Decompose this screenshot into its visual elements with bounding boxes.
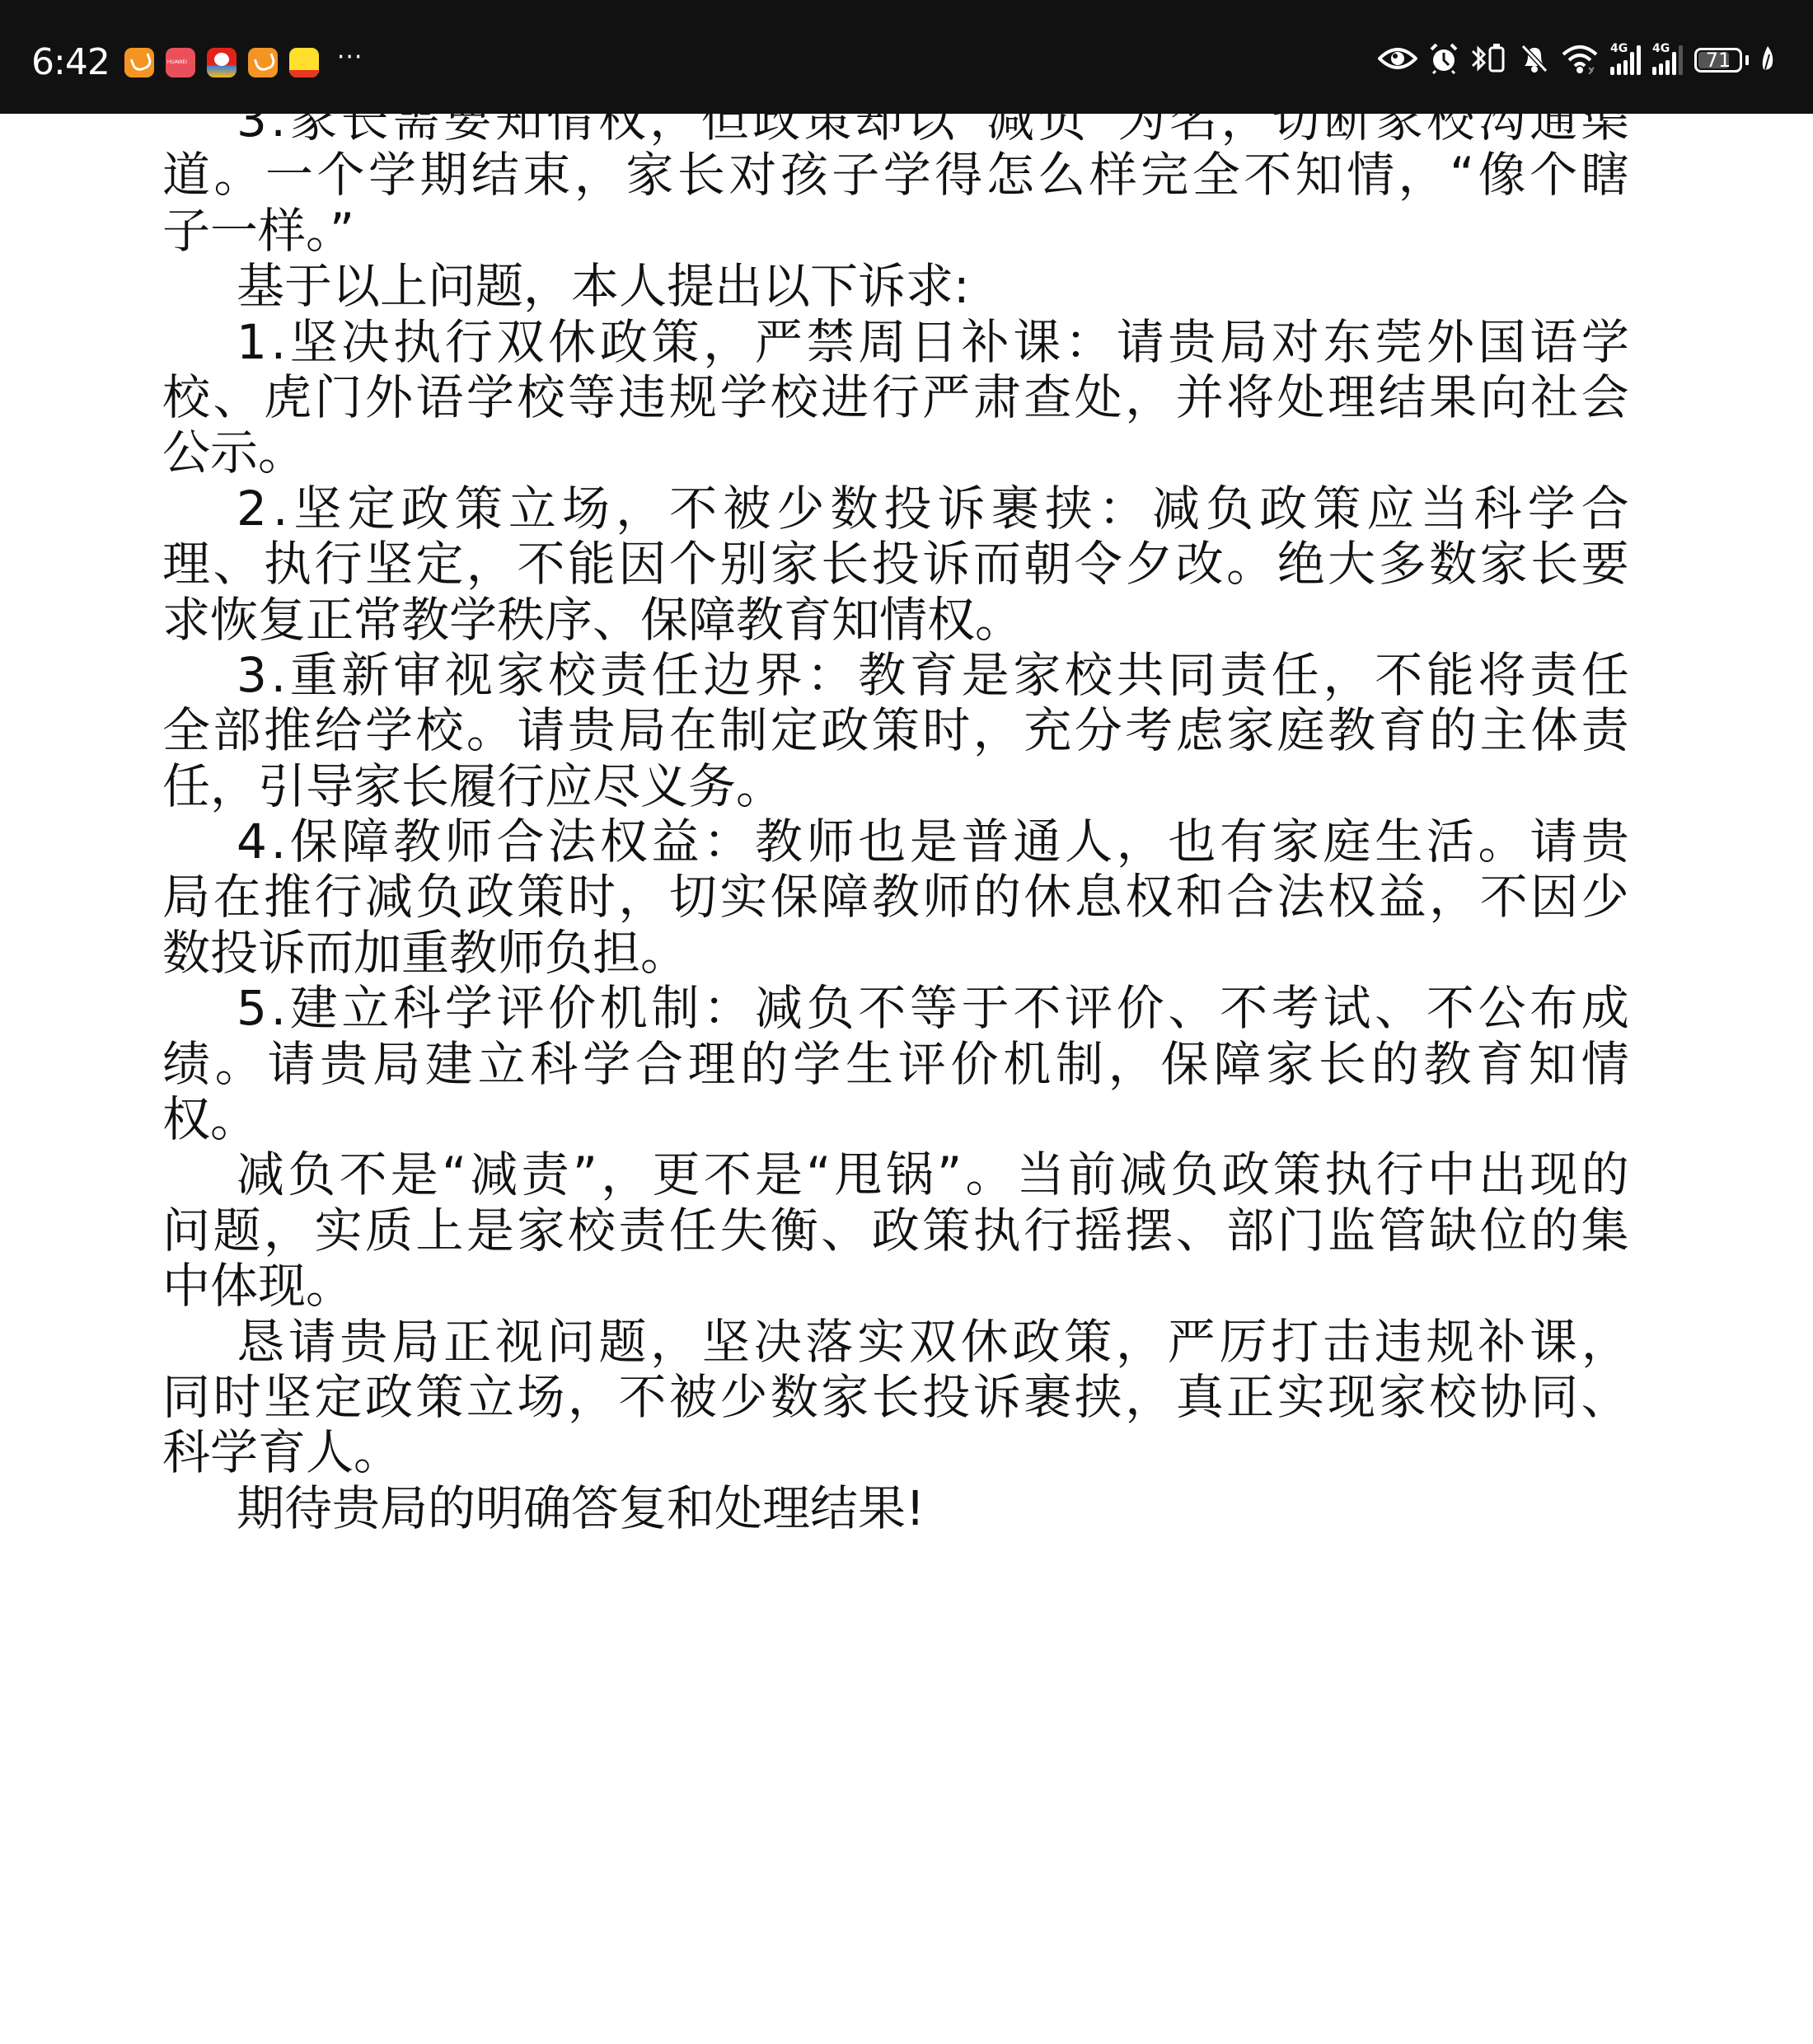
document-char: 成: [1581, 981, 1629, 1036]
document-char: 行: [1024, 1203, 1071, 1259]
document-char: 怎: [986, 148, 1034, 203]
document-char: 考: [1125, 703, 1173, 758]
document-char: 局: [162, 870, 210, 925]
document-char: 。: [215, 1037, 263, 1092]
document-char: 政: [600, 315, 648, 370]
document-char: 学: [719, 370, 767, 425]
signal-bar: [1617, 63, 1621, 75]
document-char: ，: [973, 703, 1021, 758]
document-char: 行: [314, 537, 362, 592]
document-char: 是: [962, 648, 1010, 703]
signal-4g-icon: 4G: [1652, 45, 1683, 75]
document-char: 定: [348, 481, 396, 537]
document-line: 校、虎门外语学校等违规学校进行严肃查处，并将处理结果向社会: [162, 370, 1629, 425]
document-char: 价: [548, 981, 596, 1036]
document-char: 政: [1259, 481, 1307, 537]
document-char: 视: [495, 1315, 543, 1370]
document-char: 推: [264, 703, 312, 758]
document-char: ，: [264, 1203, 312, 1259]
document-line: 数投诉而加重教师负担。: [162, 926, 1629, 981]
document-char: 价: [1117, 981, 1164, 1036]
document-char: 通: [1013, 814, 1061, 870]
document-line: 减负不是“减责”，更不是“甩锅”。当前减负政策执行中出现的: [162, 1147, 1629, 1202]
document-char: 减: [365, 870, 413, 925]
status-bar: 6:42 ··· 4G 4G: [0, 0, 1813, 114]
document-char: 补: [962, 315, 1010, 370]
signal-bar: [1637, 45, 1641, 75]
document-char: 情: [1581, 1037, 1629, 1092]
document-char: 请: [268, 1037, 316, 1092]
document-char: 3: [237, 648, 267, 703]
document-char: 政: [872, 1203, 920, 1259]
clock: 6:42: [31, 41, 110, 83]
document-line: 子一样。”: [162, 204, 1629, 259]
document-char: 理: [688, 1037, 736, 1092]
document-char: 将: [1478, 648, 1526, 703]
document-char: 前: [1068, 1147, 1116, 1202]
document-char: 对: [728, 148, 776, 203]
bell-muted-icon: [1520, 43, 1549, 77]
document-char: 制: [719, 703, 767, 758]
document-line: 任，引导家长履行应尽义务。: [162, 759, 1629, 814]
document-char: 长: [1319, 1037, 1366, 1092]
document-char: 校: [1065, 648, 1113, 703]
document-char: 绝: [1277, 537, 1325, 592]
document-line: 求恢复正常教学秩序、保障教育知情权。: [162, 593, 1629, 648]
document-char: 实: [719, 870, 767, 925]
document-char: 负: [1206, 481, 1253, 537]
document-char: 试: [1323, 981, 1370, 1036]
document-char: 学: [883, 148, 931, 203]
document-char: 集: [1581, 1203, 1629, 1259]
document-char: ，: [1125, 370, 1173, 425]
document-char: 孩: [780, 148, 828, 203]
document-char: 正: [443, 1315, 491, 1370]
document-char: 击: [1323, 1315, 1370, 1370]
document-char: 更: [652, 1147, 700, 1202]
signal-bar: [1623, 60, 1628, 75]
document-char: 现: [1328, 1370, 1375, 1425]
document-char: 因: [1530, 870, 1578, 925]
document-char: 校: [771, 370, 818, 425]
document-char: 长: [821, 537, 869, 592]
status-bar-left: 6:42 ···: [31, 41, 363, 83]
document-char: 家: [771, 537, 818, 592]
document-char: 保: [1161, 1037, 1209, 1092]
document-char: 政: [466, 870, 514, 925]
document-char: 体: [1530, 703, 1578, 758]
document-line: 5.建立科学评价机制：减负不等于不评价、不考试、不公布成: [162, 981, 1629, 1036]
document-char: 落: [805, 1315, 853, 1370]
document-char: 学: [365, 703, 413, 758]
alarm-icon: [1429, 43, 1459, 77]
document-char: 立: [478, 1037, 526, 1092]
document-line: 期待贵局的明确答复和处理结果!: [162, 1481, 1629, 1536]
document-char: 教: [1423, 1037, 1471, 1092]
document-char: 瞎: [1581, 148, 1629, 203]
document-char: ，: [616, 481, 663, 537]
document-char: 推: [264, 870, 312, 925]
document-char: 政: [821, 703, 869, 758]
document-char: 投: [872, 537, 920, 592]
document-char: 执: [264, 537, 312, 592]
document-char: 任: [669, 1203, 717, 1259]
document-char: 休: [961, 1315, 1009, 1370]
document-char: 题: [598, 1315, 646, 1370]
document-char: 家: [1272, 814, 1319, 870]
document-char: 家: [1266, 1037, 1314, 1092]
document-char: 策: [415, 1370, 463, 1425]
document-char: ，: [568, 1370, 616, 1425]
document-char: 对: [1272, 315, 1319, 370]
document-char: 全: [1192, 148, 1240, 203]
document-char: 正: [1226, 1370, 1274, 1425]
document-char: 贵: [1168, 315, 1216, 370]
document-char: ：: [703, 981, 751, 1036]
document-char: 不: [1244, 148, 1291, 203]
document-char: 2: [237, 481, 267, 537]
document-char: 摇: [1075, 1203, 1122, 1259]
document-char: 缺: [1429, 1203, 1477, 1259]
document-char: 教: [858, 648, 906, 703]
document-char: 虑: [1176, 703, 1224, 758]
document-char: 挟: [1045, 481, 1093, 537]
document-char: 并: [1176, 370, 1224, 425]
document-char: 门: [314, 370, 362, 425]
document-line: 全部推给学校。请贵局在制定政策时，充分考虑家庭教育的主体责: [162, 703, 1629, 758]
document-char: 减: [1119, 1147, 1167, 1202]
document-char: 机: [1003, 1037, 1051, 1092]
document-char: 严: [922, 370, 970, 425]
document-char: 完: [1141, 148, 1188, 203]
document-char: 政: [401, 481, 449, 537]
document-char: 外: [1427, 315, 1474, 370]
document-char: 任: [1581, 648, 1629, 703]
document-char: 双: [496, 315, 544, 370]
document-line: 4.保障教师合法权益：教师也是普通人，也有家庭生活。请贵: [162, 814, 1629, 870]
document-char: 公: [1478, 981, 1526, 1036]
document-char: 在: [213, 870, 260, 925]
document-char: 。: [1478, 814, 1526, 870]
document-char: 的: [973, 870, 1021, 925]
document-char: 诉: [973, 1370, 1021, 1425]
document-char: 课: [1013, 315, 1061, 370]
document-char: 不: [1220, 981, 1267, 1036]
signal-bar: [1659, 63, 1663, 75]
document-char: ：: [703, 814, 751, 870]
signal-bar: [1610, 67, 1614, 75]
document-char: ：: [1065, 315, 1113, 370]
document-char: 行: [872, 370, 920, 425]
document-char: 校: [517, 370, 565, 425]
document-char: 合: [1581, 481, 1629, 537]
document-char: 策: [872, 703, 920, 758]
document-char: 减: [755, 981, 803, 1036]
document-char: 边: [703, 648, 751, 703]
document-line: 权。: [162, 1092, 1629, 1147]
document-char: 科: [393, 981, 441, 1036]
document-char: 新: [341, 648, 389, 703]
document-char: 责: [600, 648, 648, 703]
notification-app-xianyu-icon: [289, 48, 319, 77]
document-line: 基于以上问题，本人提出以下诉求:: [162, 259, 1629, 314]
document-char: 协: [1480, 1370, 1528, 1425]
document-char: 实: [314, 1203, 362, 1259]
document-char: 位: [1480, 1203, 1528, 1259]
document-char: 东: [1323, 315, 1370, 370]
document-char: 同: [1168, 648, 1216, 703]
document-char: 个: [1530, 148, 1577, 203]
document-char: 策: [1313, 481, 1361, 537]
document-char: 策: [652, 315, 700, 370]
document-char: 建: [290, 981, 338, 1036]
document-char: 的: [1530, 1203, 1578, 1259]
document-char: 任: [1272, 648, 1319, 703]
document-char: 厉: [1220, 1315, 1267, 1370]
document-char: 共: [1117, 648, 1164, 703]
document-char: 分: [1075, 703, 1122, 758]
document-char: ，: [1429, 870, 1477, 925]
document-char: 不: [704, 1147, 752, 1202]
document-char: 执: [1324, 1147, 1372, 1202]
document-char: 贵: [568, 703, 616, 758]
document-char: 益: [652, 814, 700, 870]
document-char: ，: [618, 870, 666, 925]
document-char: 、: [1375, 981, 1422, 1036]
document-char: 。: [1226, 537, 1274, 592]
document-char: 政: [1222, 1147, 1270, 1202]
document-char: 局: [372, 1037, 420, 1092]
document-char: 定: [314, 1370, 362, 1425]
document-char: 制: [652, 981, 700, 1036]
document-char: 和: [1176, 870, 1224, 925]
document-char: 要: [1581, 537, 1629, 592]
document-char: 教: [1328, 703, 1375, 758]
document-char: 坚: [702, 1315, 750, 1370]
document-char: ，: [1125, 1370, 1173, 1425]
document-char: 上: [415, 1203, 463, 1259]
document-char: 家: [1379, 1370, 1427, 1425]
document-char: 评: [1065, 981, 1113, 1036]
document-char: 理: [1328, 370, 1375, 425]
document-line: 中体现。: [162, 1259, 1629, 1314]
signal-bar: [1630, 52, 1634, 75]
document-char: 挟: [1075, 1370, 1122, 1425]
more-notifications-icon: ···: [337, 43, 363, 72]
document-char: 裹: [991, 481, 1039, 537]
document-char: 人: [1065, 814, 1113, 870]
document-char: 家: [625, 148, 673, 203]
document-char: 锅: [886, 1147, 934, 1202]
document-char: ，: [1108, 1037, 1156, 1092]
leaf-power-saving-icon: [1760, 45, 1775, 76]
document-char: 师: [807, 814, 855, 870]
document-char: 策: [455, 481, 503, 537]
document-char: 管: [1379, 1203, 1427, 1259]
document-char: 实: [857, 1315, 905, 1370]
document-char: 同: [162, 1370, 210, 1425]
document-char: 少: [719, 1370, 767, 1425]
document-char: 定: [415, 537, 463, 592]
document-char: 权: [1328, 870, 1375, 925]
document-char: 价: [950, 1037, 998, 1092]
document-char: 。: [213, 148, 261, 203]
document-char: 因: [618, 537, 666, 592]
document-char: 出: [1478, 1147, 1526, 1202]
document-char: 违: [618, 370, 666, 425]
document-char: “: [806, 1147, 831, 1202]
document-char: 别: [719, 537, 767, 592]
document-char: 结: [1379, 370, 1427, 425]
document-char: 数: [830, 481, 878, 537]
document-char: 法: [548, 814, 596, 870]
document-char: 将: [1226, 370, 1274, 425]
document-char: 查: [1024, 370, 1071, 425]
document-char: 负: [288, 1147, 335, 1202]
document-line: 理、执行坚定，不能因个别家长投诉而朝令夕改。绝大多数家长要: [162, 537, 1629, 592]
document-char: 学: [1581, 315, 1629, 370]
document-char: .: [271, 981, 286, 1036]
document-char: 情: [1347, 148, 1394, 203]
document-char: 在: [669, 703, 717, 758]
document-char: 多: [1379, 537, 1427, 592]
document-char: 诉: [938, 481, 986, 537]
document-char: 失: [719, 1203, 767, 1259]
document-char: 、: [821, 1203, 869, 1259]
document-char: 政: [365, 1370, 413, 1425]
document-char: 诉: [922, 537, 970, 592]
document-char: “: [442, 1147, 466, 1202]
document-line: 绩。请贵局建立科学合理的学生评价机制，保障家长的教育知情: [162, 1037, 1629, 1092]
document-char: 。: [965, 1147, 1013, 1202]
document-char: 有: [1220, 814, 1267, 870]
document-char: 的: [1581, 1147, 1629, 1202]
document-char: 行: [445, 315, 493, 370]
signal-bar: [1679, 45, 1683, 75]
document-char: 。: [466, 703, 514, 758]
document-char: 处: [1277, 370, 1325, 425]
document-char: 贵: [320, 1037, 368, 1092]
document-char: 息: [1075, 870, 1122, 925]
signal-bar: [1652, 67, 1656, 75]
document-char: 严: [1168, 1315, 1216, 1370]
document-char: 局: [1220, 315, 1267, 370]
document-line: 局在推行减负政策时，切实保障教师的休息权和合法权益，不因少: [162, 870, 1629, 925]
document-char: 校: [548, 648, 596, 703]
document-char: 绩: [162, 1037, 210, 1092]
document-char: 不: [618, 1370, 666, 1425]
document-char: 教: [872, 870, 920, 925]
signal-bar: [1665, 60, 1670, 75]
document-char: 也: [1168, 814, 1216, 870]
document-char: 生: [846, 1037, 893, 1092]
document-line: 公示。: [162, 425, 1629, 481]
document-char: 学: [793, 1037, 841, 1092]
document-char: 责: [522, 1147, 569, 1202]
document-char: 充: [1024, 703, 1071, 758]
document-char: 决: [754, 1315, 802, 1370]
document-char: ：: [807, 648, 855, 703]
document-char: 界: [755, 648, 803, 703]
document-char: 日: [910, 315, 958, 370]
document-char: ”: [573, 1147, 597, 1202]
document-char: 科: [530, 1037, 578, 1092]
document-char: 当: [1420, 481, 1468, 537]
document-char: 合: [496, 814, 544, 870]
document-char: 不: [1375, 648, 1422, 703]
document-char: 等: [568, 370, 616, 425]
document-char: 禁: [807, 315, 855, 370]
document-char: .: [273, 481, 288, 537]
document-char: 校: [415, 703, 463, 758]
document-char: 校: [162, 370, 210, 425]
document-char: 果: [1429, 370, 1477, 425]
document-char: 不: [1480, 870, 1528, 925]
document-char: 投: [922, 1370, 970, 1425]
document-char: 于: [962, 981, 1010, 1036]
document-char: 部: [213, 703, 260, 758]
document-char: 能: [1427, 648, 1474, 703]
document-char: 时: [922, 703, 970, 758]
document-char: 坚: [365, 537, 413, 592]
document-char: 全: [162, 703, 210, 758]
document-char: 行: [1376, 1147, 1424, 1202]
document-char: 长: [1530, 537, 1578, 592]
document-char: 部: [1226, 1203, 1274, 1259]
document-char: 学: [445, 981, 493, 1036]
document-char: 权: [1125, 870, 1173, 925]
document-char: 主: [1480, 703, 1528, 758]
document-char: 而: [973, 537, 1021, 592]
document-char: 家: [496, 648, 544, 703]
document-char: 理: [162, 537, 210, 592]
eye-icon: [1378, 45, 1417, 75]
document-char: 语: [1530, 315, 1577, 370]
document-char: 束: [522, 148, 570, 203]
document-char: 莞: [1375, 315, 1422, 370]
document-char: ：: [1099, 481, 1146, 537]
document-char: 会: [1581, 370, 1629, 425]
document-char: .: [271, 315, 286, 370]
document-char: 考: [1272, 981, 1319, 1036]
document-char: ，: [1581, 1315, 1629, 1370]
document-line: 道。一个学期结束，家长对孩子学得怎么样完全不知情，“像个瞎: [162, 148, 1629, 203]
signal-bar: [1672, 52, 1676, 75]
document-char: 同: [1530, 1370, 1578, 1425]
document-char: ，: [650, 1315, 698, 1370]
document-char: 给: [314, 703, 362, 758]
document-char: 局: [391, 1315, 439, 1370]
document-char: 庭: [1277, 703, 1325, 758]
document-char: 不: [669, 481, 717, 537]
document-char: 知: [1295, 148, 1343, 203]
document-char: 社: [1530, 370, 1578, 425]
document-char: 道: [162, 148, 210, 203]
document-char: 教: [393, 814, 441, 870]
document-char: 法: [1277, 870, 1325, 925]
document-char: 评: [898, 1037, 946, 1092]
document-char: 请: [288, 1315, 336, 1370]
document-char: 打: [1271, 1315, 1319, 1370]
document-char: 语: [415, 370, 463, 425]
document-char: ，: [574, 148, 622, 203]
document-char: 场: [562, 481, 610, 537]
wifi-icon: [1561, 43, 1599, 77]
document-char: 建: [425, 1037, 473, 1092]
document-char: 负: [415, 870, 463, 925]
document-char: 障: [821, 870, 869, 925]
document-char: 现: [1530, 1147, 1577, 1202]
